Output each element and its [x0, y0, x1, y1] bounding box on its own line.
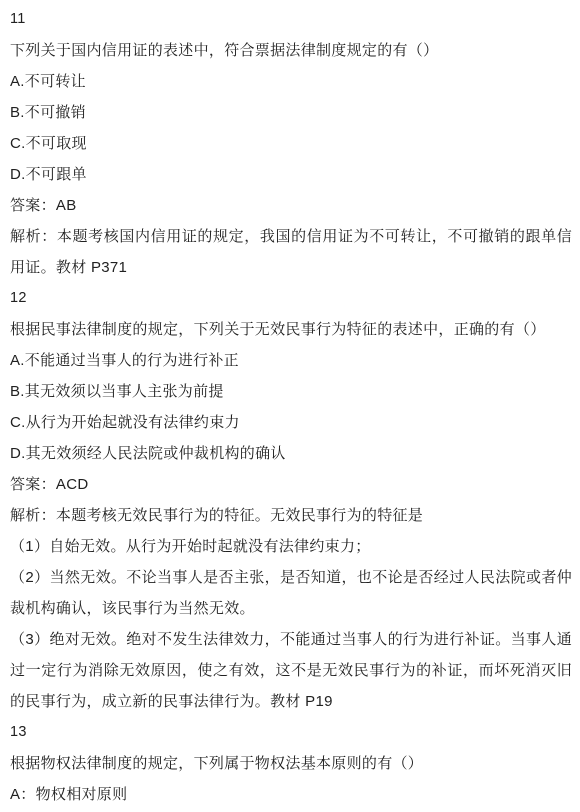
question-13-stem: 根据物权法律制度的规定，下列属于物权法基本原则的有（）	[10, 748, 572, 779]
question-12-option-b: B.其无效须以当事人主张为前提	[10, 376, 572, 407]
question-11-option-d: D.不可跟单	[10, 159, 572, 190]
question-11-number: 11	[10, 4, 572, 35]
question-12-analysis-point-1: （1）自始无效。从行为开始时起就没有法律约束力；	[10, 531, 572, 562]
question-12-option-d: D.其无效须经人民法院或仲裁机构的确认	[10, 438, 572, 469]
question-12-answer: 答案：ACD	[10, 469, 572, 500]
question-13-option-a: A：物权相对原则	[10, 779, 572, 810]
question-12-number: 12	[10, 283, 572, 314]
question-12-option-c: C.从行为开始起就没有法律约束力	[10, 407, 572, 438]
question-11-option-b: B.不可撤销	[10, 97, 572, 128]
question-11-analysis: 解析：本题考核国内信用证的规定，我国的信用证为不可转让，不可撤销的跟单信用证。教…	[10, 221, 572, 283]
question-11-stem: 下列关于国内信用证的表述中，符合票据法律制度规定的有（）	[10, 35, 572, 66]
question-11-answer: 答案：AB	[10, 190, 572, 221]
question-12-analysis-point-3: （3）绝对无效。绝对不发生法律效力，不能通过当事人的行为进行补证。当事人通过一定…	[10, 624, 572, 717]
question-11-option-c: C.不可取现	[10, 128, 572, 159]
question-13-number: 13	[10, 717, 572, 748]
question-12-analysis-point-2: （2）当然无效。不论当事人是否主张，是否知道，也不论是否经过人民法院或者仲裁机构…	[10, 562, 572, 624]
question-12-option-a: A.不能通过当事人的行为进行补正	[10, 345, 572, 376]
document-page: 11 下列关于国内信用证的表述中，符合票据法律制度规定的有（） A.不可转让 B…	[0, 0, 580, 812]
question-11-option-a: A.不可转让	[10, 66, 572, 97]
question-12-analysis: 解析：本题考核无效民事行为的特征。无效民事行为的特征是	[10, 500, 572, 531]
question-12-stem: 根据民事法律制度的规定，下列关于无效民事行为特征的表述中，正确的有（）	[10, 314, 572, 345]
